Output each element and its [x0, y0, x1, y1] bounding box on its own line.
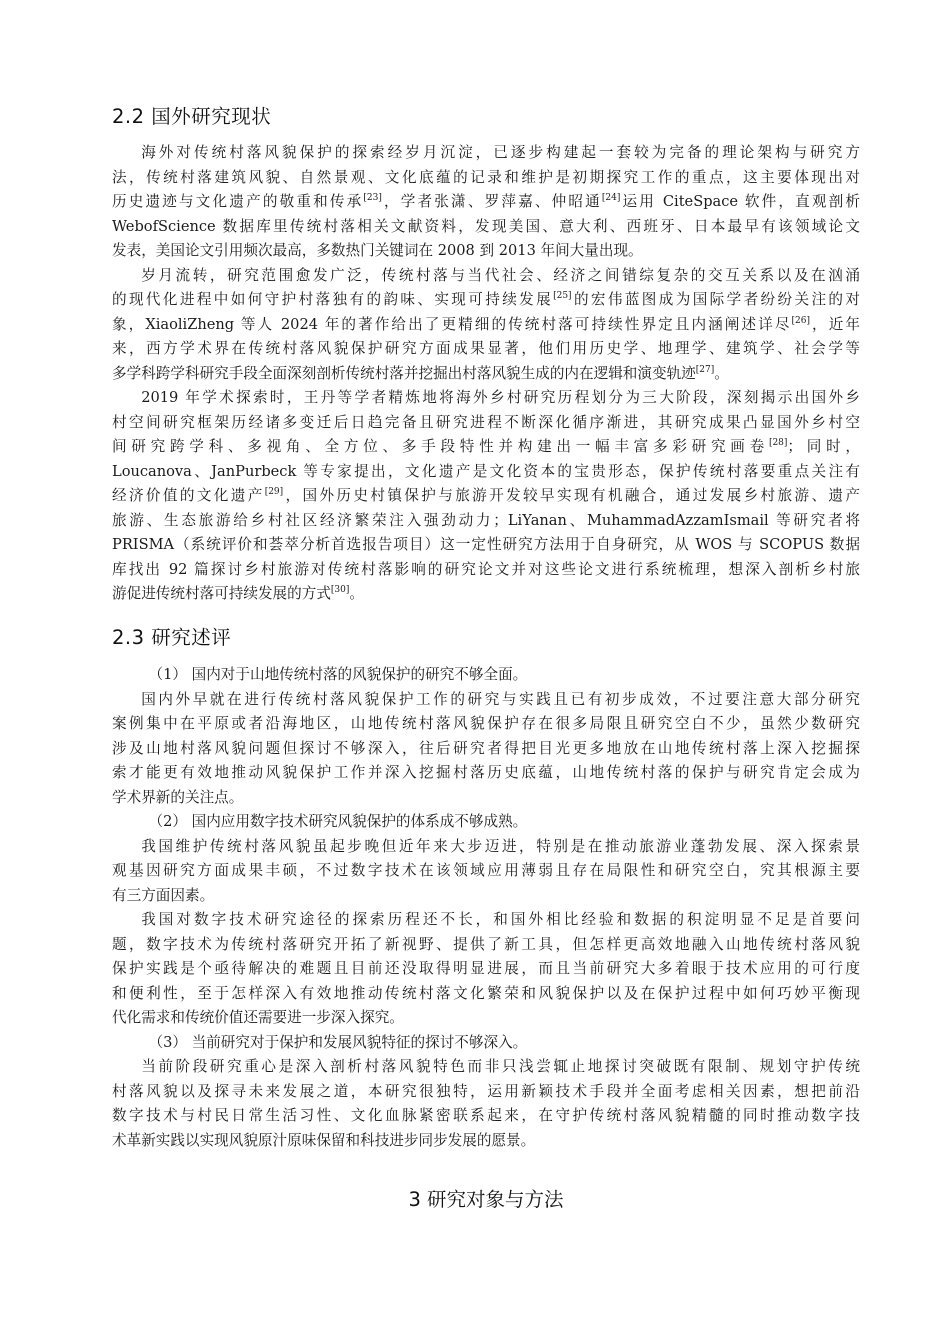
text-line: 保护实践是个亟待解决的难题且目前还没取得明显进展，而且当前研究大多着眼于技术应用… — [112, 957, 860, 982]
text-line: 村落风貌以及探寻未来发展之道，本研究很独特，运用新颖技术手段并全面考虑相关因素，… — [112, 1080, 860, 1105]
text-line: 国内外早就在进行传统村落风貌保护工作的研究与实践且已有初步成效，不过要注意大部分… — [112, 688, 860, 713]
text-line: 学术界新的关注点。 — [112, 786, 860, 811]
citation: [23] — [363, 193, 381, 203]
section-heading-2-3: 2.3 研究述评 — [112, 625, 231, 651]
text-line: 村空间研究框架历经诸多变迁后日趋完备且研究进程不断深化循序渐进，其研究成果凸显国… — [112, 411, 860, 436]
text-line: 索才能更有效地推动风貌保护工作并深入挖掘村落历史底蕴，山地传统村落的保护与研究肯… — [112, 761, 860, 786]
text-line: 的现代化进程中如何守护村落独有的韵味、实现可持续发展[25]的宏伟蓝图成为国际学… — [112, 288, 860, 313]
text-line: 经济价值的文化遗产[29]，国外历史村镇保护与旅游开发较早实现有机融合，通过发展… — [112, 484, 860, 509]
item-label: （1） 国内对于山地传统村落的风貌保护的研究不够全面。 — [112, 663, 860, 688]
text-line: 术革新实践以实现风貌原汁原味保留和科技进步同步发展的愿景。 — [112, 1129, 860, 1154]
review-item-1: （1） 国内对于山地传统村落的风貌保护的研究不够全面。 国内外早就在进行传统村落… — [112, 663, 860, 810]
text-line: 象，XiaoliZheng 等人 2024 年的著作给出了更精细的传统村落可持续… — [112, 313, 860, 338]
text-line: 2019 年学术探索时，王丹等学者精炼地将海外乡村研究历程划分为三大阶段，深刻揭… — [112, 386, 860, 411]
citation: [25] — [553, 291, 571, 301]
text-line: 海外对传统村落风貌保护的探索经岁月沉淀，已逐步构建起一套较为完备的理论架构与研究… — [112, 141, 860, 166]
citation: [26] — [792, 316, 810, 326]
text-line: 来，西方学术界在传统村落风貌保护研究方面成果显著，他们用历史学、地理学、建筑学、… — [112, 337, 860, 362]
item-label: （3） 当前研究对于保护和发展风貌特征的探讨不够深入。 — [112, 1031, 860, 1056]
chapter-heading-3: 3 研究对象与方法 — [112, 1187, 860, 1213]
text-line: 旅游、生态旅游给乡村社区经济繁荣注入强劲动力；LiYanan、MuhammadA… — [112, 509, 860, 534]
citation: [30] — [331, 585, 349, 595]
citation: [28] — [769, 438, 787, 448]
text-line: 我国维护传统村落风貌虽起步晚但近年来大步迈进，特别是在推动旅游业蓬勃发展、深入探… — [112, 835, 860, 860]
text-line: 岁月流转，研究范围愈发广泛，传统村落与当代社会、经济之间错综复杂的交互关系以及在… — [112, 264, 860, 289]
text-line: 观基因研究方面成果丰硕，不过数字技术在该领域应用薄弱且存在局限性和研究空白，究其… — [112, 859, 860, 884]
text-line: 题，数字技术为传统村落研究开拓了新视野、提供了新工具，但怎样更高效地融入山地传统… — [112, 933, 860, 958]
section-heading-2-2: 2.2 国外研究现状 — [112, 104, 271, 130]
text-line: 库找出 92 篇探讨乡村旅游对传统村落影响的研究论文并对这些论文进行系统梳理，想… — [112, 558, 860, 583]
citation: [24] — [602, 193, 620, 203]
text-line: Loucanova、JanPurbeck 等专家提出，文化遗产是文化资本的宝贵形… — [112, 460, 860, 485]
text-line: PRISMA（系统评价和荟萃分析首选报告项目）这一定性研究方法用于自身研究，从 … — [112, 533, 860, 558]
text-line: WebofScience 数据库里传统村落相关文献资料，发现美国、意大利、西班牙… — [112, 215, 860, 240]
text-line: 我国对数字技术研究途径的探索历程还不长，和国外相比经验和数据的积淀明显不足是首要… — [112, 908, 860, 933]
text-line: 法，传统村落建筑风貌、自然景观、文化底蕴的记录和维护是初期探究工作的重点，这主要… — [112, 166, 860, 191]
text-line: 间研究跨学科、多视角、全方位、多手段特性并构建出一幅丰富多彩研究画卷[28]；同… — [112, 435, 860, 460]
text-line: 当前阶段研究重心是深入剖析村落风貌特色而非只浅尝辄止地探讨突破既有限制、规划守护… — [112, 1055, 860, 1080]
review-item-2: （2） 国内应用数字技术研究风貌保护的体系成不够成熟。 我国维护传统村落风貌虽起… — [112, 810, 860, 1031]
text-line: 游促进传统村落可持续发展的方式[30]。 — [112, 582, 860, 607]
text-line: 和便利性，至于怎样深入有效地推动传统村落文化繁荣和风貌保护以及在保护过程中如何巧… — [112, 982, 860, 1007]
paragraph: 岁月流转，研究范围愈发广泛，传统村落与当代社会、经济之间错综复杂的交互关系以及在… — [112, 264, 860, 387]
citation: [27] — [696, 365, 714, 375]
item-label: （2） 国内应用数字技术研究风貌保护的体系成不够成熟。 — [112, 810, 860, 835]
text-line: 数字技术与村民日常生活习性、文化血脉紧密联系起来，在守护传统村落风貌精髓的同时推… — [112, 1104, 860, 1129]
text-line: 多学科跨学科研究手段全面深刻剖析传统村落并挖掘出村落风貌生成的内在逻辑和演变轨迹… — [112, 362, 860, 387]
citation: [29] — [265, 487, 283, 497]
text-line: 代化需求和传统价值还需要进一步深入探究。 — [112, 1006, 860, 1031]
paragraph: 海外对传统村落风貌保护的探索经岁月沉淀，已逐步构建起一套较为完备的理论架构与研究… — [112, 141, 860, 264]
text-line: 案例集中在平原或者沿海地区，山地传统村落风貌保护存在很多局限且研究空白不少，虽然… — [112, 712, 860, 737]
text-line: 涉及山地村落风貌问题但探讨不够深入，往后研究者得把目光更多地放在山地传统村落上深… — [112, 737, 860, 762]
review-item-3: （3） 当前研究对于保护和发展风貌特征的探讨不够深入。 当前阶段研究重心是深入剖… — [112, 1031, 860, 1154]
paragraph: 2019 年学术探索时，王丹等学者精炼地将海外乡村研究历程划分为三大阶段，深刻揭… — [112, 386, 860, 607]
text-line: 历史遗迹与文化遗产的敬重和传承[23]，学者张潇、罗萍嘉、仲昭通[24]运用 C… — [112, 190, 860, 215]
text-line: 发表，美国论文引用频次最高，多数热门关键词在 2008 到 2013 年间大量出… — [112, 239, 860, 264]
text-line: 有三方面因素。 — [112, 884, 860, 909]
